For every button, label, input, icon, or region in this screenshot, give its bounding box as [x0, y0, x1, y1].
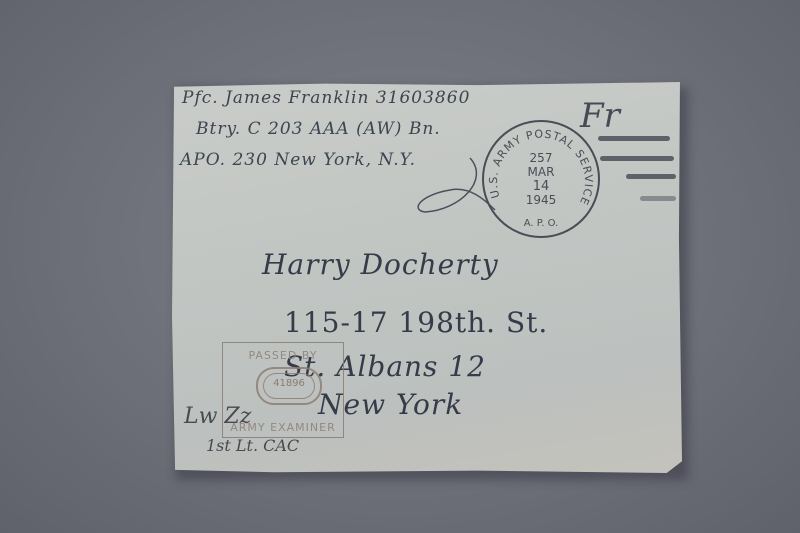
recipient-name: Harry Docherty [262, 248, 499, 281]
postmark-day: 14 [484, 180, 598, 193]
return-address-line-2: Btry. C 203 AAA (AW) Bn. [196, 119, 441, 139]
cancel-bar [626, 174, 676, 179]
return-address-line-1: Pfc. James Franklin 31603860 [182, 88, 470, 108]
postmark-bottom-text: A. P. O. [484, 217, 598, 230]
postmark-number: 257 [484, 152, 598, 165]
censor-stamp-top-text: PASSED BY [223, 349, 343, 362]
censor-stamp-oval: 41896 [256, 367, 322, 405]
censor-signature: Lw Zz [184, 404, 251, 429]
cancel-bar [640, 196, 676, 201]
censor-stamp-number: 41896 [258, 378, 320, 389]
postmark-month: MAR [484, 166, 598, 179]
cancel-bar [598, 136, 670, 141]
postmark: U.S. ARMY POSTAL SERVICE 257 MAR 14 1945… [482, 120, 600, 238]
postmark-year: 1945 [484, 194, 598, 207]
recipient-street: 115-17 198th. St. [284, 306, 548, 339]
cancel-bar [600, 156, 674, 161]
censor-rank: 1st Lt. CAC [206, 436, 299, 455]
return-address-line-3: APO. 230 New York, N.Y. [180, 150, 416, 170]
